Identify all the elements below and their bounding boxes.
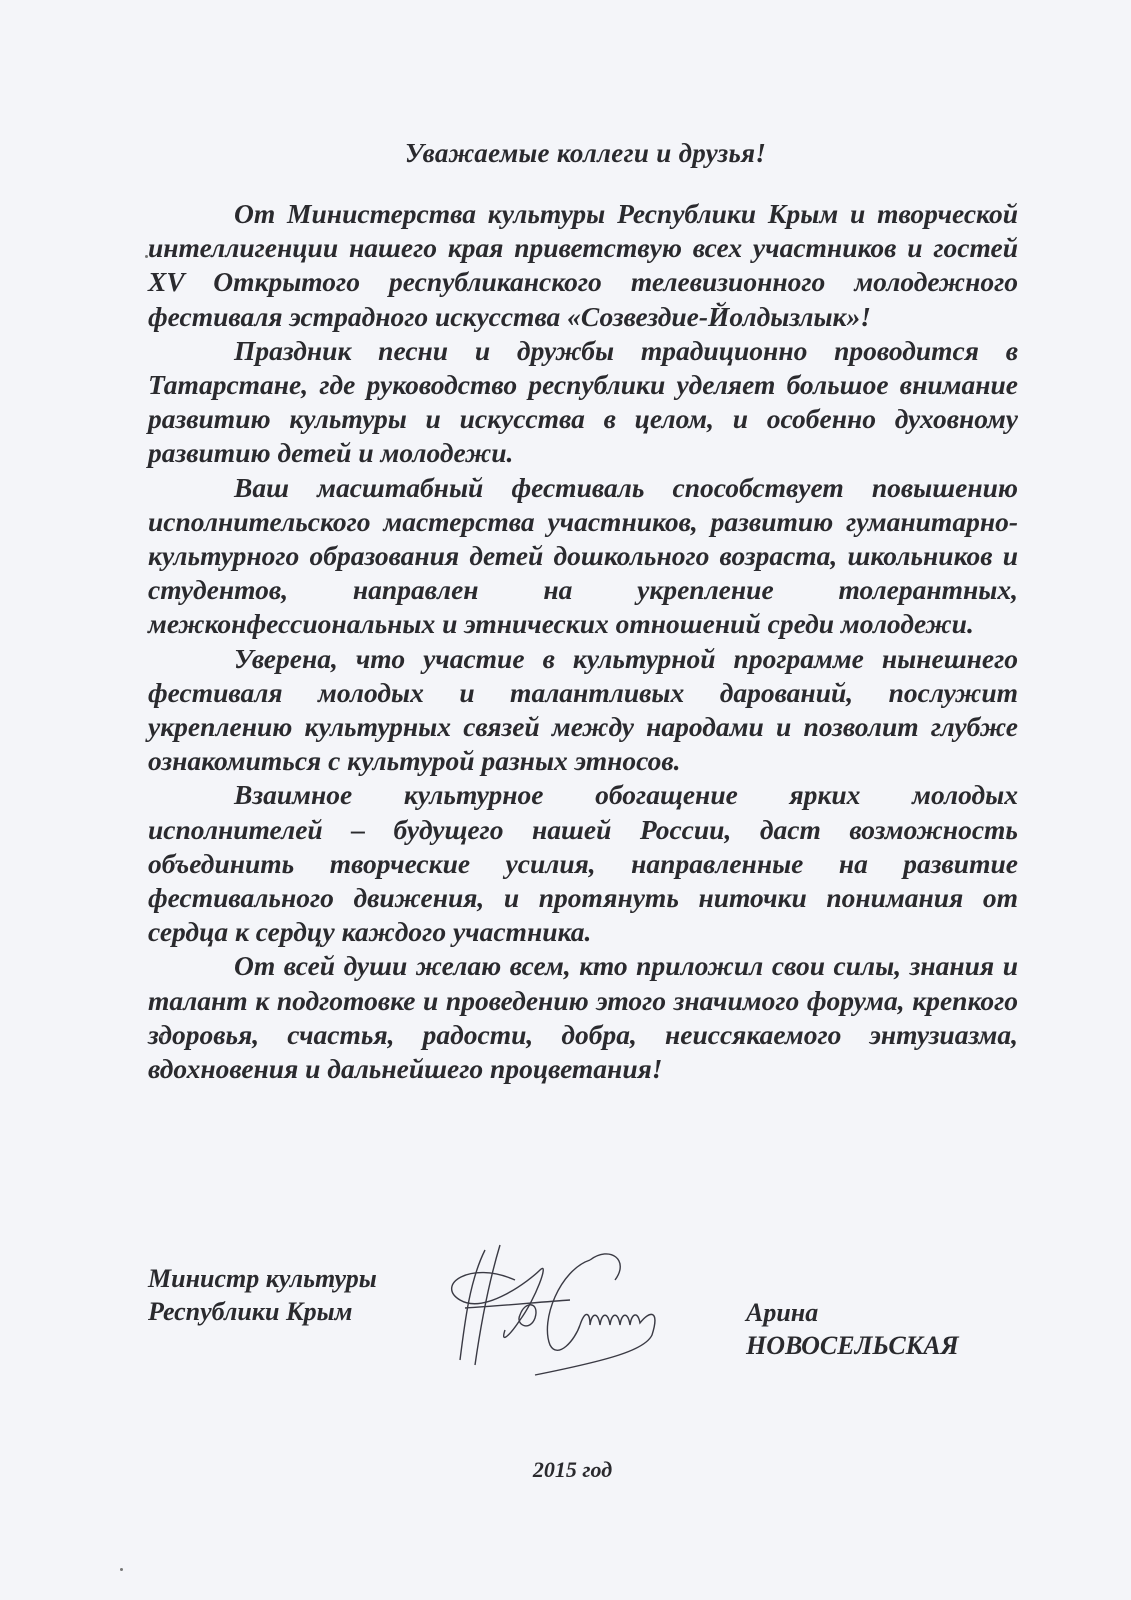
signatory-name: Арина НОВОСЕЛЬСКАЯ <box>746 1296 959 1362</box>
letter-body: От Министерства культуры Республики Крым… <box>148 197 1018 1086</box>
letter-page: Уважаемые коллеги и друзья! От Министерс… <box>0 0 1131 1600</box>
signatory-first-name: Арина <box>746 1296 959 1329</box>
signatory-last-name: НОВОСЕЛЬСКАЯ <box>746 1329 959 1362</box>
letter-year: 2015 год <box>0 1457 1131 1483</box>
paragraph-3: Ваш масштабный фестиваль способствует по… <box>148 471 1018 642</box>
paragraph-6: От всей души желаю всем, кто приложил св… <box>148 949 1018 1086</box>
signatory-title-line1: Министр культуры <box>148 1262 377 1295</box>
scan-speck <box>160 1035 163 1038</box>
paragraph-5: Взаимное культурное обогащение ярких мол… <box>148 778 1018 949</box>
paragraph-4: Уверена, что участие в культурной програ… <box>148 642 1018 779</box>
signatory-title-line2: Республики Крым <box>148 1295 377 1328</box>
signatory-title: Министр культуры Республики Крым <box>148 1262 377 1328</box>
scan-speck <box>145 255 148 258</box>
paragraph-2: Праздник песни и дружбы традиционно пров… <box>148 334 1018 471</box>
handwritten-signature-icon <box>440 1240 700 1390</box>
scan-speck <box>120 1568 123 1571</box>
paragraph-1: От Министерства культуры Республики Крым… <box>148 197 1018 334</box>
greeting-heading: Уважаемые коллеги и друзья! <box>0 138 1131 169</box>
